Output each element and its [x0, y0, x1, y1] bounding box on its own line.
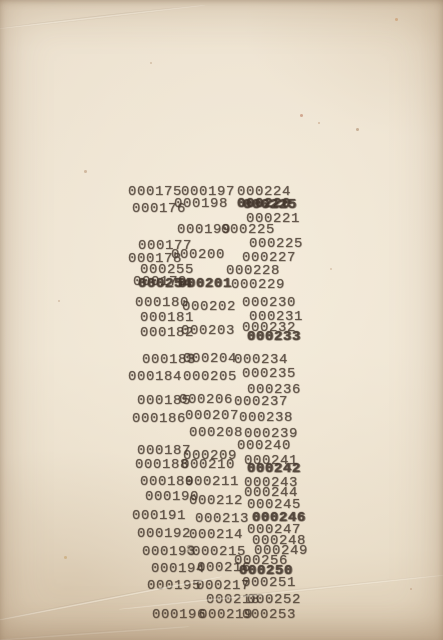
typed-number: 000233 — [247, 329, 301, 345]
typed-numbers-block: 0001750001970002240002200002250001980001… — [0, 0, 443, 640]
typed-number: 000201 — [178, 276, 232, 292]
typed-number: 000214 — [189, 527, 243, 543]
typed-number: 000195 — [147, 578, 201, 594]
scanned-page: 0001750001970002240002200002250001980001… — [0, 0, 443, 640]
typed-number: 000186 — [132, 411, 186, 427]
typed-number: 000237 — [234, 394, 288, 410]
typed-number: 000240 — [237, 438, 291, 454]
typed-number: 000206 — [179, 392, 233, 408]
typed-number: 000203 — [181, 323, 235, 339]
typed-number: 000229 — [231, 277, 285, 293]
typed-number: 000176 — [132, 201, 186, 217]
typed-number: 000205 — [183, 369, 237, 385]
typed-number: 000211 — [185, 474, 239, 490]
typed-number: 000192 — [137, 526, 191, 542]
typed-number: 000212 — [189, 493, 243, 509]
typed-number: 000213 — [195, 511, 249, 527]
typed-number: 000251 — [242, 575, 296, 591]
typed-number: 000180 — [135, 295, 189, 311]
typed-number: 000208 — [189, 425, 243, 441]
typed-number: 000252 — [247, 592, 301, 608]
typed-number: 000210 — [181, 457, 235, 473]
typed-number: 000204 — [183, 351, 237, 367]
typed-number: 000235 — [242, 366, 296, 382]
typed-number: 000184 — [128, 369, 182, 385]
typed-number: 000196 — [152, 607, 206, 623]
typed-number: 000253 — [242, 607, 296, 623]
typed-number: 000207 — [185, 408, 239, 424]
typed-number: 000191 — [132, 508, 186, 524]
typed-number: 000238 — [239, 410, 293, 426]
